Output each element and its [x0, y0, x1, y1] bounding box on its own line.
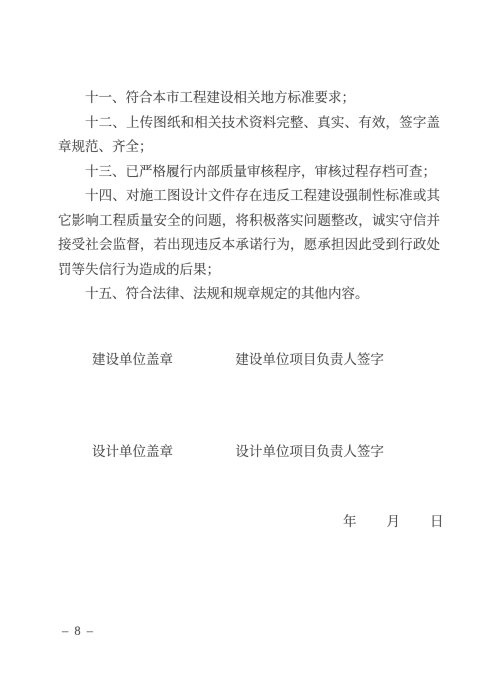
- design-unit-seal-label: 设计单位盖章: [92, 440, 232, 460]
- clause-13: 十三、已严格履行内部质量审核程序，审核过程存档可查；: [58, 160, 440, 185]
- page-number: – 8 –: [62, 624, 95, 639]
- clause-12: 十二、上传图纸和相关技术资料完整、真实、有效，签字盖章规范、齐全；: [58, 111, 440, 160]
- construction-unit-seal-label: 建设单位盖章: [92, 348, 232, 368]
- construction-unit-signer-label: 建设单位项目负责人签字: [235, 352, 384, 367]
- clause-11: 十一、符合本市工程建设相关地方标准要求；: [58, 86, 440, 111]
- clause-14: 十四、对施工图设计文件存在违反工程建设强制性标准或其它影响工程质量安全的问题，将…: [58, 184, 440, 282]
- signature-row-construction-unit: 建设单位盖章 建设单位项目负责人签字: [92, 348, 384, 368]
- scanned-document-page: 十一、符合本市工程建设相关地方标准要求； 十二、上传图纸和相关技术资料完整、真实…: [0, 0, 495, 700]
- date-year-label: 年: [343, 510, 357, 530]
- date-month-label: 月: [387, 510, 401, 530]
- date-day-label: 日: [430, 510, 444, 530]
- design-unit-signer-label: 设计单位项目负责人签字: [235, 444, 384, 459]
- signature-row-design-unit: 设计单位盖章 设计单位项目负责人签字: [92, 440, 384, 460]
- commitment-clauses: 十一、符合本市工程建设相关地方标准要求； 十二、上传图纸和相关技术资料完整、真实…: [58, 86, 440, 307]
- clause-15: 十五、符合法律、法规和规章规定的其他内容。: [58, 282, 440, 307]
- date-line: 年 月 日: [343, 510, 444, 530]
